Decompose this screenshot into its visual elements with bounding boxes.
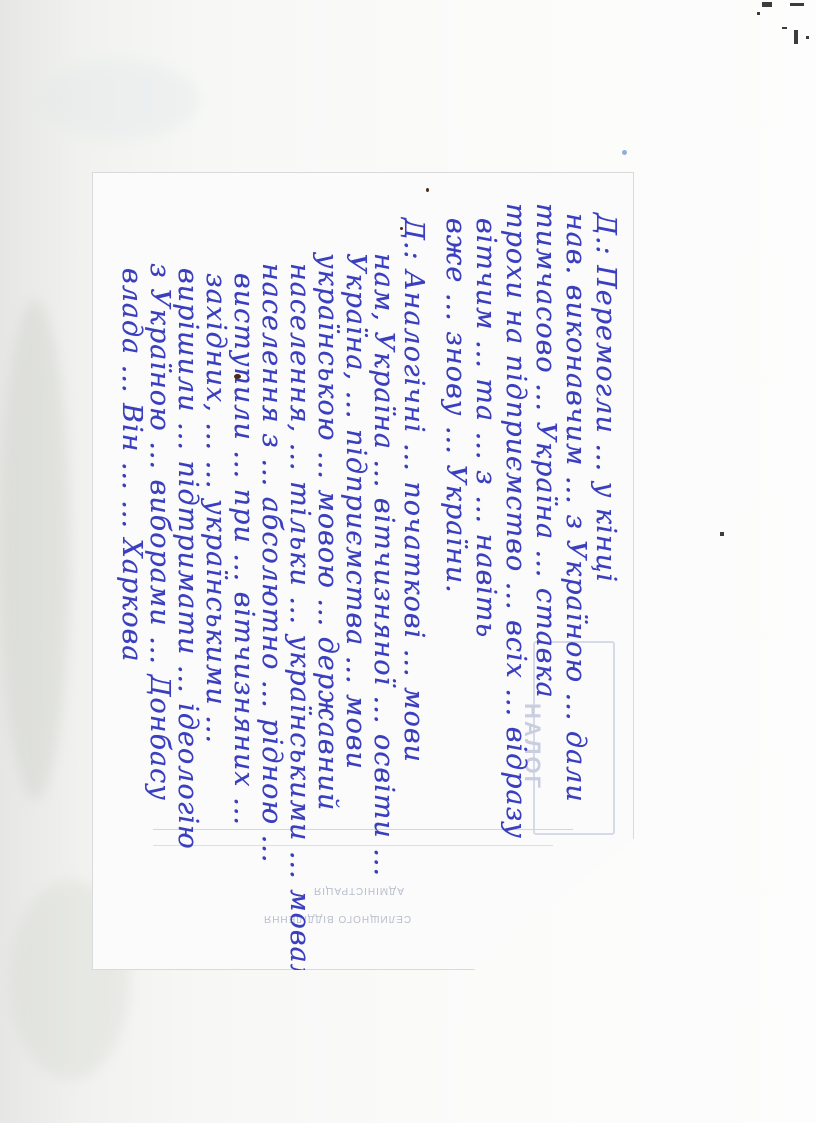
scanner-speck — [782, 27, 787, 29]
scanner-speck — [622, 150, 627, 155]
handwriting-line: українською ... мовою ... державний — [312, 253, 343, 811]
scan-smudge — [0, 300, 70, 800]
scan-smudge — [40, 60, 200, 140]
handwriting-line: виступили ... при ... вітчизняних ... — [228, 273, 259, 826]
scanner-speck — [720, 532, 724, 536]
handwriting-line: нав. виконавчим ... з Україною ... дали — [560, 213, 591, 803]
handwriting-line: трохи на підприємство ... всіх ... відра… — [500, 203, 531, 839]
handwriting-line: вітчим ... та ... з ... навіть — [470, 218, 501, 638]
handwriting-line: Д.: Перемогли ... у кінці — [590, 213, 621, 583]
handwriting-line: Д.: Аналогічні ... початкові ... мови — [398, 218, 429, 763]
scanner-speck — [762, 2, 772, 7]
handwriting-line: західних, ... ... українськими ... — [200, 273, 231, 744]
handwriting-line: нам, Україна ... вітчизняної ... освіти … — [368, 253, 399, 877]
handwriting-line: тимчасово ... Україна ... ставка — [530, 203, 561, 699]
ghost-rule — [153, 845, 553, 846]
handwriting-line: вирішили ... підтримати ... ідеологію — [172, 268, 203, 850]
handwriting-line: Україна, ... підприємства ... мови — [340, 253, 371, 770]
handwriting-line: населення з ... абсолютно ... рідною ... — [256, 263, 287, 863]
handwriting-line: вже ... знову ... України. — [440, 218, 471, 594]
ink-spot — [400, 227, 403, 230]
handwriting-line: з Україною ... виборами ... Донбасу — [144, 263, 175, 801]
ghost-print-line: АДМІНІСТРАЦІЯ — [313, 885, 404, 896]
scanner-speck — [794, 30, 798, 44]
scanner-speck — [806, 36, 809, 39]
ink-spot — [426, 188, 429, 192]
scanner-speck — [790, 3, 804, 6]
scanner-speck — [757, 12, 760, 15]
ink-spot — [234, 374, 241, 379]
handwriting-line: населення, ... тільки ... українськими .… — [284, 263, 315, 1005]
handwriting-line: влада ... Він ... ... Харкова — [116, 268, 147, 662]
handwritten-note-paper: НАЛОГ СЕЛИЩНОГО ВІДДІЛЕННЯ АДМІНІСТРАЦІЯ… — [92, 172, 634, 970]
